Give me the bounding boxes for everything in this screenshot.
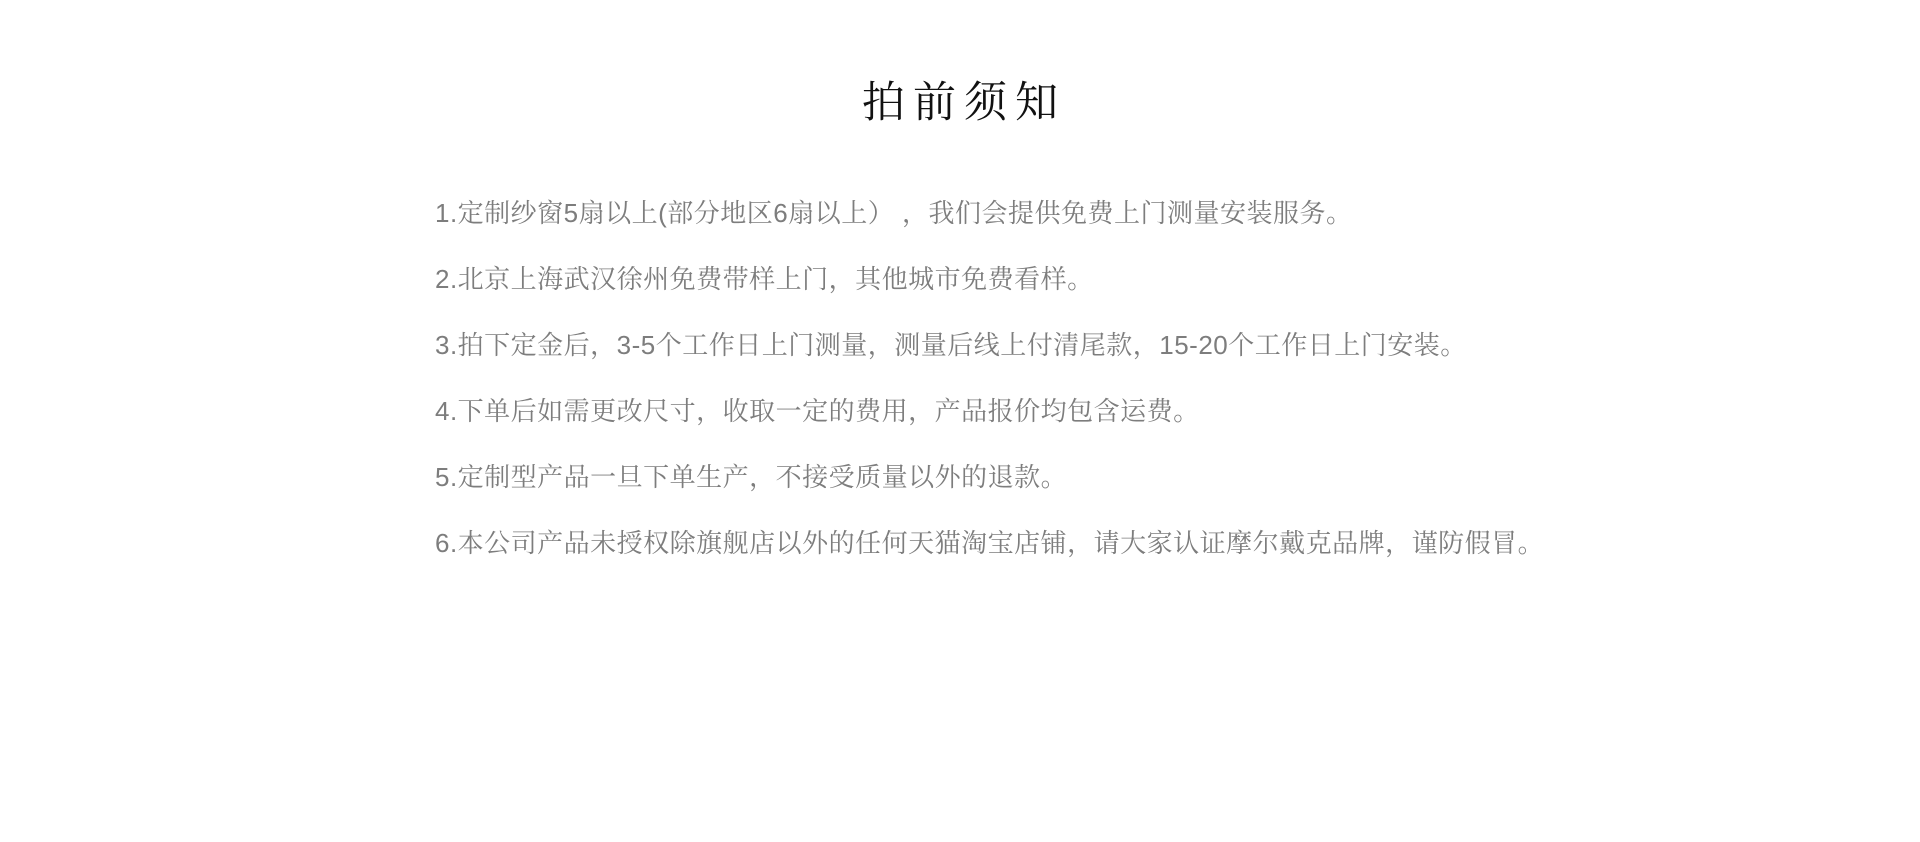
notice-list: 1.定制纱窗5扇以上(部分地区6扇以上） ，我们会提供免费上门测量安装服务。 2… [435,180,1635,576]
notice-item-4: 4.下单后如需更改尺寸，收取一定的费用，产品报价均包含运费。 [435,378,1635,444]
page-title: 拍前须知 [0,78,1920,130]
notice-item-3: 3.拍下定金后，3-5个工作日上门测量，测量后线上付清尾款，15-20个工作日上… [435,312,1635,378]
notice-item-1: 1.定制纱窗5扇以上(部分地区6扇以上） ，我们会提供免费上门测量安装服务。 [435,180,1635,246]
notice-item-6: 6.本公司产品未授权除旗舰店以外的任何天猫淘宝店铺，请大家认证摩尔戴克品牌，谨防… [435,510,1635,576]
notice-item-5: 5.定制型产品一旦下单生产，不接受质量以外的退款。 [435,444,1635,510]
notice-page: 拍前须知 1.定制纱窗5扇以上(部分地区6扇以上） ，我们会提供免费上门测量安装… [0,0,1920,842]
notice-item-2: 2.北京上海武汉徐州免费带样上门，其他城市免费看样。 [435,246,1635,312]
